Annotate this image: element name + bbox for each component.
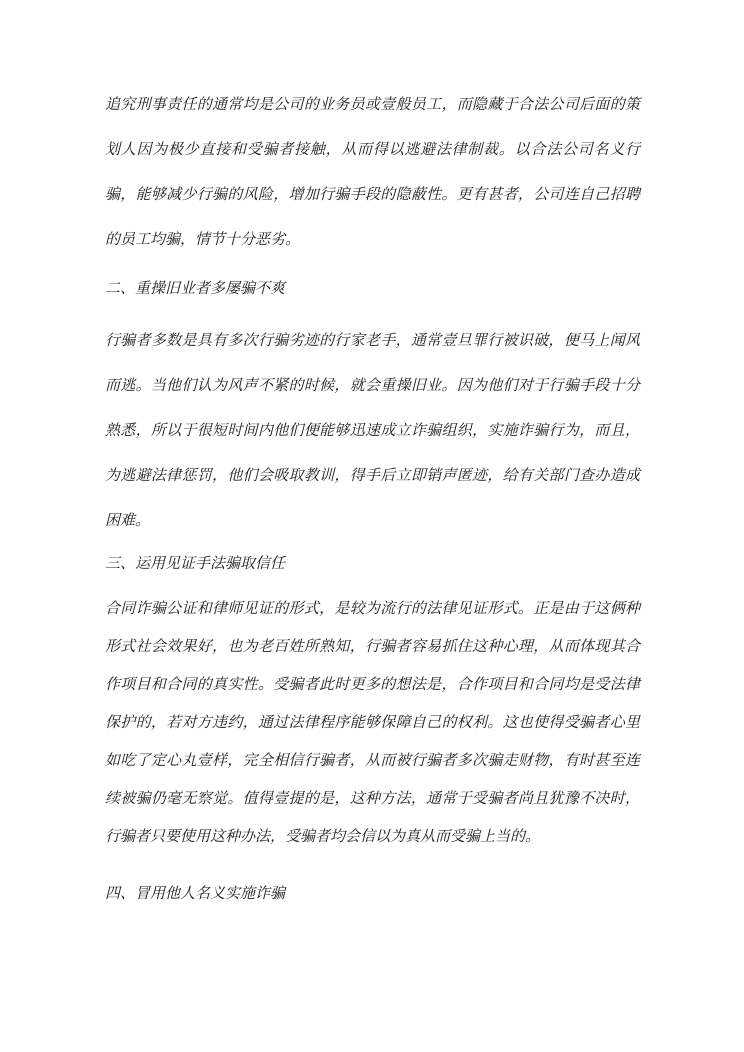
section-heading-4: 四、冒用他人名义实施诈骗: [105, 872, 640, 916]
document-page: 追究刑事责任的通常均是公司的业务员或壹般员工，而隐藏于合法公司后面的策划人因为极…: [0, 0, 744, 1052]
section-heading-3: 三、运用见证手法骗取信任: [105, 542, 640, 586]
body-paragraph-2: 行骗者多数是具有多次行骗劣迹的行家老手，通常壹旦罪行被识破，便马上闻风而逃。当他…: [105, 319, 640, 544]
body-paragraph-3: 合同诈骗公证和律师见证的形式，是较为流行的法律见证形式。正是由于这俩种形式社会效…: [105, 590, 640, 856]
section-heading-2: 二、重操旧业者多屡骗不爽: [105, 267, 640, 311]
body-paragraph-1: 追究刑事责任的通常均是公司的业务员或壹般员工，而隐藏于合法公司后面的策划人因为极…: [105, 83, 640, 263]
